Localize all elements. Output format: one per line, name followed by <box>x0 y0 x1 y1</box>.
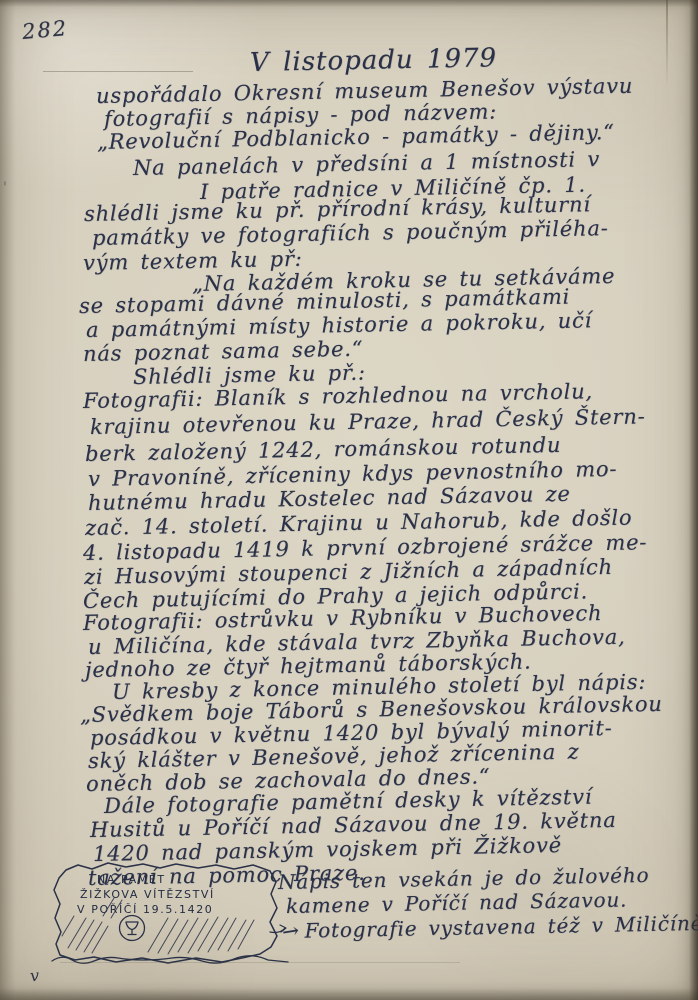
stone-caption-line: V POŘÍČÍ 19.5.1420 <box>77 903 213 916</box>
page-crease <box>666 0 668 88</box>
check-mark: v <box>29 966 40 986</box>
stone-caption-line: ŽIŽKOVA VÍTĚZSTVÍ <box>80 888 215 901</box>
margin-mark: ' <box>3 180 7 196</box>
pencil-line <box>43 71 193 72</box>
page-number: 282 <box>21 16 69 44</box>
chronicle-page: 282 ' V listopadu 1979 uspořádalo Okresn… <box>0 0 698 1000</box>
stone-caption-line: NA PAMĚT <box>97 873 166 886</box>
chalice-icon <box>120 916 145 941</box>
entry-title: V listopadu 1979 <box>250 43 498 78</box>
memorial-stone-sketch: NA PAMĚT ŽIŽKOVA VÍTĚZSTVÍ V POŘÍČÍ 19.5… <box>48 856 293 974</box>
